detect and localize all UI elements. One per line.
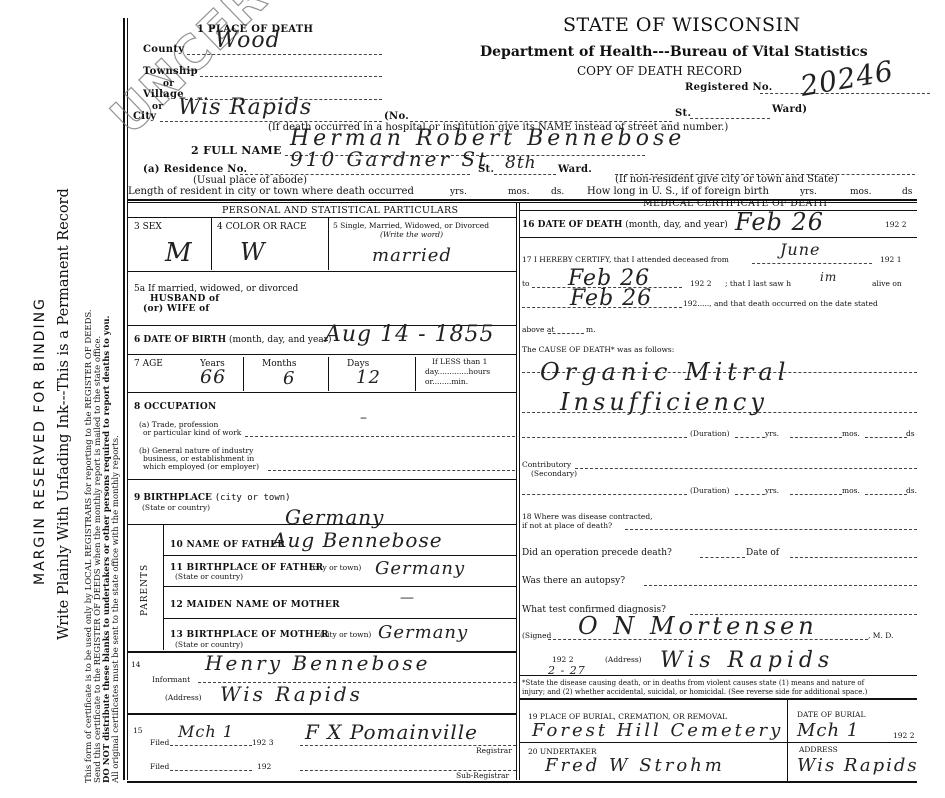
- duration-ds: ds: [906, 429, 915, 438]
- filed2-label: Filed: [150, 762, 169, 771]
- attended-to-year: 192 2: [690, 279, 711, 288]
- filed-number: 15: [133, 726, 143, 735]
- row-divider: [519, 210, 917, 211]
- contributory-line: [575, 468, 917, 469]
- father-name-value: Aug Bennebose: [272, 528, 443, 552]
- county-value: Wood: [215, 28, 281, 53]
- birthplace-sub: (city or town): [215, 493, 291, 503]
- above-at-line: [548, 333, 584, 334]
- city-value: Wis Rapids: [178, 95, 312, 120]
- age-less-label: If LESS than 1: [432, 357, 487, 366]
- doc-type: COPY OF DEATH RECORD: [577, 64, 742, 78]
- trade-label-2: or particular kind of work: [143, 428, 241, 437]
- age-min-field: or........min.: [425, 377, 468, 386]
- duration2-ds: ds.: [906, 486, 917, 495]
- contracted-label-2: if not at place of death?: [522, 521, 612, 530]
- physician-address-label: (Address): [605, 655, 642, 664]
- operation-date-label: Date of: [746, 548, 779, 558]
- residence-ward-line: [494, 174, 556, 175]
- sex-label: 3 SEX: [134, 222, 162, 232]
- physician-address-value: Wis Rapids: [660, 648, 834, 673]
- duration2-mos: mos.: [842, 486, 860, 495]
- county-label: County: [143, 44, 184, 55]
- row-divider: [519, 742, 917, 743]
- duration2-line: [522, 494, 687, 495]
- marital-sublabel: (Write the word): [380, 230, 443, 239]
- city-label: City: [133, 111, 156, 122]
- informant-address-value: Wis Rapids: [220, 682, 363, 706]
- alive-on-label: alive on: [872, 279, 902, 288]
- footnote-line-2: injury; and (2) whether accidental, suic…: [522, 688, 867, 696]
- father-name-label: 10 NAME OF FATHER: [170, 540, 285, 550]
- physician-signature: O N Mortensen: [578, 612, 818, 640]
- residence-value: 910 Gardner St: [290, 147, 489, 171]
- industry-line: [268, 470, 515, 471]
- us-yrs: yrs.: [800, 187, 817, 197]
- duration-mos: mos.: [842, 429, 860, 438]
- margin-binding-text: MARGIN RESERVED FOR BINDING: [32, 297, 48, 585]
- mother-birthplace-sub: (city or town): [320, 630, 371, 639]
- margin-ink-text: Write Plainly With Unfading Ink---This i…: [56, 188, 72, 640]
- dod-label-text: 16 DATE OF DEATH: [522, 220, 622, 230]
- cause-label: The CAUSE OF DEATH* was as follows:: [522, 345, 674, 354]
- length-resident-label: Length of resident in city or town where…: [128, 186, 414, 197]
- personal-section-title: PERSONAL AND STATISTICAL PARTICULARS: [222, 205, 458, 216]
- row-divider: [163, 555, 516, 556]
- column-divider: [519, 202, 520, 780]
- burial-place-value: Forest Hill Cemetery: [532, 720, 783, 741]
- filed2-line: [170, 770, 252, 771]
- husband-label: HUSBAND of: [150, 294, 219, 304]
- contracted-line: [625, 529, 917, 530]
- age-days-value: 12: [356, 367, 381, 388]
- street-no-label: (No.: [384, 111, 409, 122]
- duration2-label: (Duration): [690, 486, 730, 495]
- birthplace-sub2: (State or country): [142, 503, 210, 512]
- last-saw-label: ; that I last saw h: [725, 279, 791, 288]
- autopsy-label: Was there an autopsy?: [522, 576, 625, 586]
- dob-sublabel: (month, day, and year): [229, 335, 332, 345]
- residence-ward-value: 8th: [505, 153, 537, 173]
- duration2-ds-line: [865, 494, 907, 495]
- duration-mos-line: [790, 437, 842, 438]
- operation-line: [700, 557, 745, 558]
- full-name-label: 2 FULL NAME: [191, 144, 282, 157]
- us-mos: mos.: [850, 187, 871, 197]
- undertaker-address-label: ADDRESS: [799, 745, 838, 754]
- mother-birthplace-sub2: (State or country): [175, 640, 243, 649]
- md-label: , M. D.: [868, 631, 893, 640]
- birthplace-value: Germany: [285, 505, 384, 529]
- from-line: [752, 263, 872, 264]
- operation-label: Did an operation precede death?: [522, 548, 672, 558]
- us-ds: ds: [902, 187, 912, 197]
- length-yrs: yrs.: [450, 187, 467, 197]
- registrar-signature: F X Pomainville: [305, 720, 478, 744]
- duration-label: (Duration): [690, 429, 730, 438]
- residence-ward-label: Ward.: [558, 164, 592, 175]
- ward-label: Ward): [772, 104, 807, 115]
- filed2-year: 192: [257, 762, 271, 771]
- duration2-mos-line: [790, 494, 842, 495]
- filed-label: Filed: [150, 738, 169, 747]
- registrar-label: Registrar: [476, 746, 512, 755]
- occupation-label: 8 OCCUPATION: [134, 402, 217, 412]
- form-border-bottom: [127, 781, 917, 783]
- marital-label: 5 Single, Married, Widowed, or Divorced: [333, 221, 489, 230]
- row-divider: [519, 675, 917, 676]
- age-years-value: 66: [200, 366, 226, 388]
- age-label: 7 AGE: [134, 359, 163, 369]
- row-divider: [163, 586, 516, 587]
- dob-label-text: 6 DATE OF BIRTH: [134, 335, 226, 345]
- column-divider: [516, 202, 517, 780]
- father-birthplace-sub: (city or town): [310, 563, 361, 572]
- signed-label: (Signed: [522, 631, 551, 640]
- row-divider: [127, 217, 516, 218]
- birthplace-label: 9 BIRTHPLACE (city or town): [134, 493, 291, 503]
- informant-label: Informant: [152, 675, 190, 684]
- birthplace-label-text: 9 BIRTHPLACE: [134, 493, 212, 503]
- registered-label: Registered No.: [685, 82, 773, 93]
- burial-year: 192 2: [893, 731, 914, 740]
- dod-value: Feb 26: [735, 208, 824, 236]
- row-divider: [127, 479, 516, 480]
- informant-value: Henry Bennebose: [205, 651, 430, 675]
- duration2-yrs: yrs.: [765, 486, 779, 495]
- duration-yrs-line: [735, 437, 765, 438]
- undertaker-address-value: Wis Rapids: [797, 755, 919, 776]
- cause-value-2: Insufficiency: [560, 388, 768, 416]
- row-divider: [519, 237, 917, 238]
- informant-number: 14: [131, 660, 141, 669]
- sign-year: 192 2: [552, 655, 573, 664]
- cell-divider: [211, 218, 212, 270]
- residence-label: (a) Residence No.: [143, 164, 247, 175]
- parents-label: PARENTS: [140, 564, 150, 616]
- mother-birthplace-value: Germany: [378, 622, 468, 643]
- margin-instruction-4: All original certificates must be sent t…: [111, 435, 121, 783]
- nonresident-note: (If non-resident give city or town and S…: [615, 174, 838, 185]
- dob-label: 6 DATE OF BIRTH (month, day, and year): [134, 335, 331, 345]
- to-label: to: [522, 279, 530, 288]
- attended-from-year: 192 1: [880, 255, 901, 264]
- informant-address-label: (Address): [165, 693, 202, 702]
- dod-year: 192 2: [885, 220, 906, 229]
- mother-birthplace-label: 13 BIRTHPLACE OF MOTHER: [170, 630, 329, 640]
- row-divider: [127, 392, 516, 393]
- marital-value: married: [372, 245, 452, 266]
- duration-line: [522, 437, 687, 438]
- cause-value-1: Organic Mitral: [540, 358, 790, 386]
- father-birthplace-value: Germany: [375, 558, 465, 579]
- duration-ds-line: [865, 437, 907, 438]
- undertaker-value: Fred W Strohm: [545, 755, 725, 776]
- parents-divider: [163, 525, 164, 650]
- race-label: 4 COLOR OR RACE: [217, 222, 307, 232]
- length-ds: ds.: [551, 187, 564, 197]
- length-mos: mos.: [508, 187, 529, 197]
- race-value: W: [240, 238, 266, 266]
- sex-value: M: [165, 238, 193, 268]
- m-label: m.: [586, 325, 596, 334]
- wife-label: (or) WIFE of: [143, 304, 210, 314]
- county-line: [187, 54, 382, 55]
- duration2-yrs-line: [735, 494, 765, 495]
- dod-label: 16 DATE OF DEATH (month, day, and year): [522, 220, 728, 230]
- street-st-label: St.: [675, 108, 691, 119]
- row-divider: [519, 698, 917, 700]
- occupation-value: –: [360, 410, 368, 426]
- cell-divider: [243, 357, 244, 391]
- duration-yrs: yrs.: [765, 429, 779, 438]
- row-divider: [127, 524, 516, 525]
- form-border-left: [123, 18, 125, 780]
- filed-year: 192 3: [252, 738, 273, 747]
- residence-sublabel: (Usual place of abode): [193, 175, 307, 186]
- township-label: Township: [143, 66, 198, 77]
- dob-value: Aug 14 - 1855: [325, 322, 495, 347]
- cell-divider: [328, 218, 329, 270]
- mother-name-value: —: [400, 590, 415, 606]
- age-hours-field: day.............hours: [425, 367, 490, 376]
- spouse-label: 5a If married, widowed, or divorced: [134, 284, 298, 294]
- death-occurred-text: 192....., and that death occurred on the…: [683, 299, 878, 308]
- burial-date-value: Mch 1: [797, 720, 859, 741]
- township-line: [200, 76, 382, 77]
- residence-st-label: St.: [478, 164, 494, 175]
- autopsy-line: [644, 585, 917, 586]
- row-divider: [163, 618, 516, 619]
- row-divider: [127, 713, 516, 715]
- us-length-label: How long in U. S., if of foreign birth: [587, 186, 769, 197]
- certify-label: 17 I HEREBY CERTIFY, that I attended dec…: [522, 255, 729, 264]
- cell-divider: [787, 699, 788, 781]
- cell-divider: [415, 357, 416, 391]
- attended-from-value: June: [780, 240, 821, 259]
- footnote-line-1: *State the disease causing death, or in …: [522, 679, 864, 687]
- or-text: or: [163, 79, 174, 89]
- row-divider: [127, 354, 516, 355]
- operation-date-line: [790, 557, 917, 558]
- age-months-value: 6: [283, 368, 295, 389]
- registered-number: 20246: [798, 54, 896, 103]
- alive-date-value: Feb 26: [570, 286, 652, 311]
- dod-sublabel: (month, day, and year): [625, 220, 728, 230]
- secondary-label: (Secondary): [531, 469, 577, 478]
- industry-label-3: which employed (or employer): [143, 462, 259, 471]
- row-divider: [127, 271, 516, 272]
- filed-date-value: Mch 1: [178, 722, 234, 741]
- ward-line: [690, 118, 770, 119]
- subregistrar-label: Sub-Registrar: [456, 771, 509, 780]
- filed-date-line: [170, 745, 252, 746]
- trade-line: [245, 436, 515, 437]
- state-title: STATE OF WISCONSIN: [563, 14, 801, 36]
- burial-date-label: DATE OF BURIAL: [797, 710, 865, 719]
- contributory-label: Contributory: [522, 460, 571, 469]
- mother-name-label: 12 MAIDEN NAME OF MOTHER: [170, 600, 340, 610]
- department-title: Department of Health---Bureau of Vital S…: [480, 44, 868, 60]
- father-birthplace-sub2: (State or country): [175, 572, 243, 581]
- contracted-label: 18 Where was disease contracted,: [522, 512, 653, 521]
- cell-divider: [328, 357, 329, 391]
- last-saw-value: im: [820, 270, 837, 284]
